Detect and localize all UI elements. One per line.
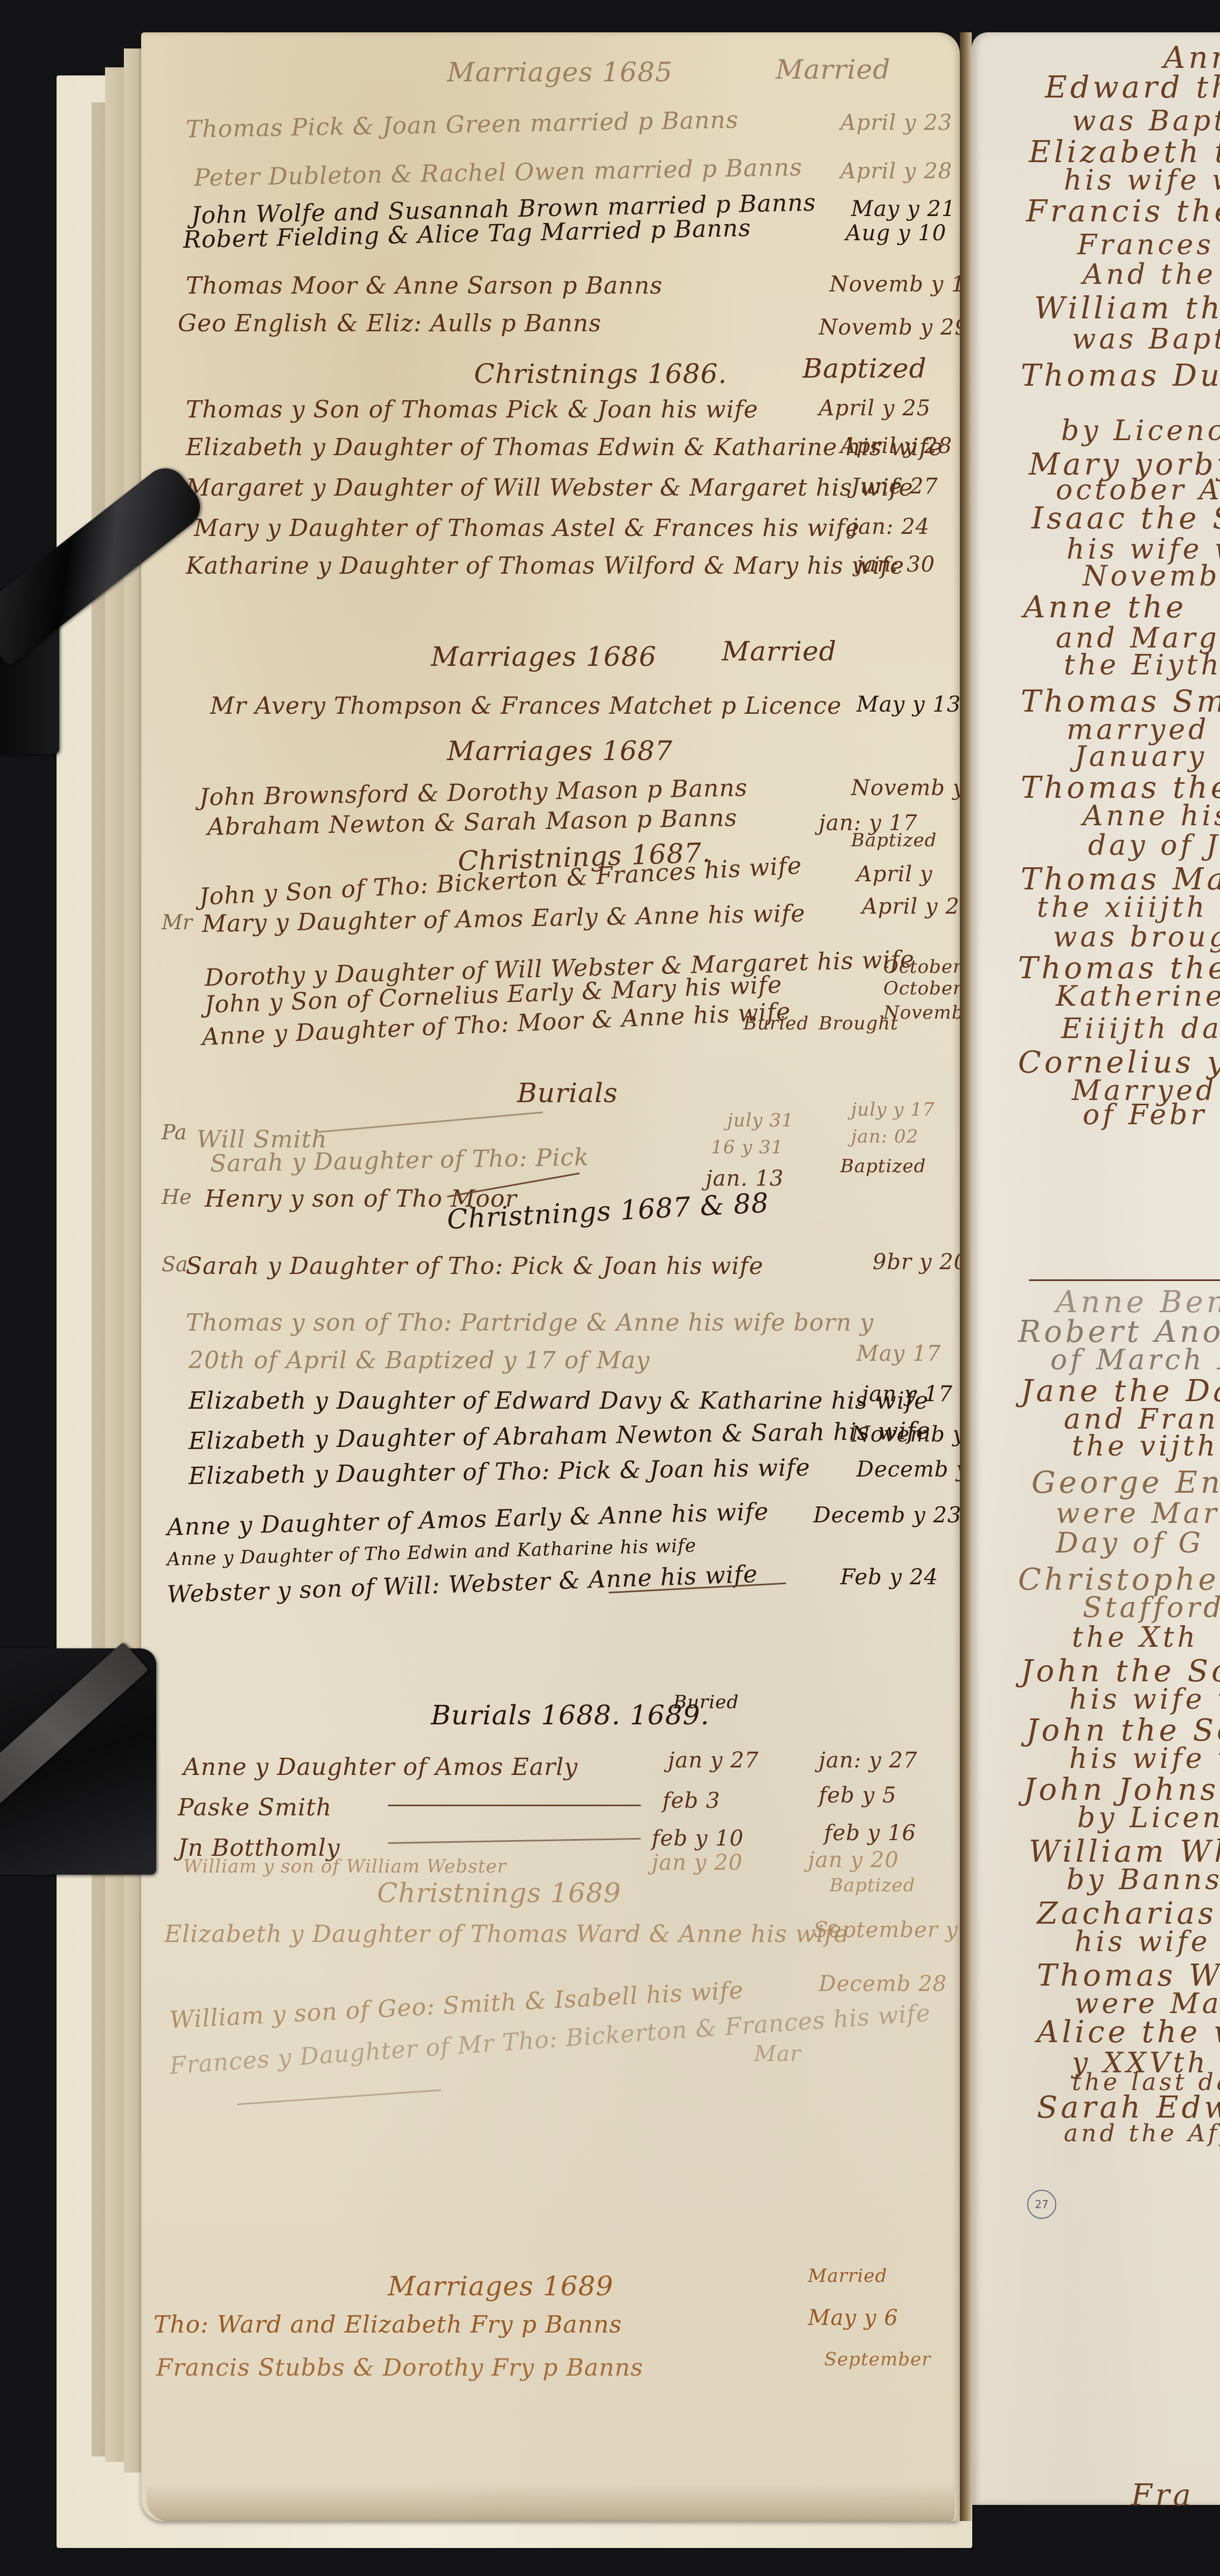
entry-date: April y 28	[840, 159, 952, 184]
folio-number-stamp: 27	[1027, 2190, 1056, 2219]
register-entry: Paske Smith	[178, 1794, 332, 1821]
right-page-line: Anne his	[1083, 800, 1220, 832]
right-page-line: Fra	[1131, 2478, 1194, 2513]
entry-date: Mar	[754, 2042, 801, 2066]
entry-date: jan y 17	[862, 1382, 953, 1407]
right-page-line: was brough	[1053, 921, 1220, 953]
entry-date: Baptized	[840, 1155, 926, 1177]
entry-date: jan: y 27	[819, 1748, 917, 1773]
register-entry: Thomas y son of Tho: Partridge & Anne hi…	[186, 1309, 874, 1336]
entry-date: May 17	[856, 1341, 941, 1366]
entry-date: May y 13	[856, 692, 961, 717]
entry-date: April y	[856, 862, 933, 887]
right-page-line: Anne the	[1023, 590, 1187, 625]
register-entry: Katharine y Daughter of Thomas Wilford &…	[186, 552, 904, 580]
register-entry: Francis Stubbs & Dorothy Fry p Banns	[156, 2354, 643, 2382]
right-page-line: day of Ja	[1088, 830, 1220, 862]
section-heading: Marriages 1685	[447, 57, 673, 88]
register-entry: Sarah y Daughter of Tho: Pick & Joan his…	[186, 1252, 764, 1280]
right-page-line: Katherine	[1056, 980, 1220, 1013]
register-entry: William y son of William Webster	[183, 1856, 506, 1877]
right-page-line: by Banns the	[1066, 1864, 1220, 1896]
margin-note: Mr	[162, 910, 192, 934]
right-page-line: his wife w	[1075, 1926, 1220, 1958]
right-page-line: George Eng	[1031, 1465, 1220, 1500]
entry-date: jan. 13	[706, 1166, 784, 1191]
section-heading: Burials	[517, 1077, 618, 1109]
section-divider	[1029, 1279, 1220, 1281]
right-page-line: of Febr	[1083, 1099, 1207, 1131]
right-page-line: Day of G	[1056, 1527, 1204, 1559]
right-page-line: the Eiyth D	[1064, 649, 1220, 681]
right-page-line: was Baptiz	[1072, 323, 1220, 356]
column-label: Brought	[819, 1013, 898, 1034]
entry-date: April y 25	[819, 396, 931, 421]
right-page-line: the xiiijth Da	[1037, 892, 1220, 924]
right-page-line: by Licence th	[1061, 415, 1220, 447]
register-entry: Thomas y Son of Thomas Pick & Joan his w…	[186, 396, 758, 423]
entry-date: June 27	[851, 474, 938, 499]
column-label: Baptized	[829, 1875, 915, 1896]
entry-date: jan: 24	[851, 514, 930, 539]
entry-date: Decemb y 23	[813, 1503, 961, 1528]
entry-date: October	[883, 956, 962, 978]
entry-date: july 31	[727, 1110, 794, 1131]
section-heading: Marriages 1689	[388, 2271, 614, 2302]
entry-date: jan y 20	[652, 1850, 743, 1875]
section-heading: Burials 1688. 1689.	[431, 1700, 709, 1731]
entry-date: feb 3	[663, 1788, 720, 1813]
book-gutter	[960, 32, 972, 2521]
right-page-line: his wife was	[1069, 1743, 1220, 1775]
section-heading: Marriages 1686	[431, 641, 657, 672]
section-heading: Christnings 1689	[377, 1877, 621, 1909]
register-entry: Thomas Moor & Anne Sarson p Banns	[186, 272, 663, 300]
right-page-line: Thomas Duck	[1021, 358, 1220, 393]
right-page-line: Alice the wife	[1037, 2015, 1220, 2050]
section-heading: Christnings 1686.	[474, 358, 727, 389]
right-page-line: was Baptiz	[1072, 105, 1220, 137]
right-page-line: and the Affid	[1064, 2120, 1220, 2147]
margin-note: He	[162, 1185, 192, 1209]
entry-date: feb y 10	[652, 1826, 744, 1851]
right-page-line: his wife was	[1064, 164, 1220, 197]
entry-date: jan: 02	[851, 1126, 918, 1147]
entry-date: Aug y 10	[846, 221, 946, 246]
entry-date: May y 6	[808, 2306, 898, 2330]
right-page-line: William the So	[1034, 291, 1220, 326]
right-page-line: the Xth	[1072, 1621, 1198, 1654]
entry-date: july y 17	[851, 1099, 935, 1120]
entry-date: 9br y 20	[873, 1250, 968, 1275]
column-label: Married	[776, 54, 890, 85]
column-label: Married	[722, 636, 836, 667]
column-label: Baptized	[803, 353, 927, 384]
right-page-line: Edward the S	[1045, 70, 1220, 105]
right-page-line: January	[1075, 741, 1207, 773]
register-entry: Elizabeth y Daughter of Thomas Edwin & K…	[186, 434, 943, 461]
entry-date: Novemb y 14	[829, 272, 980, 297]
register-entry: Geo English & Eliz: Aulls p Banns	[178, 310, 602, 337]
right-page-line: of March D	[1050, 1344, 1220, 1376]
register-entry: Margaret y Daughter of Will Webster & Ma…	[186, 474, 914, 502]
column-label: Married	[808, 2265, 887, 2287]
entry-date: jan y 20	[808, 1848, 899, 1872]
entry-date: April y 28	[840, 434, 952, 458]
right-page-line: November	[1083, 560, 1220, 593]
right-page-line: And the	[1083, 259, 1216, 291]
margin-note: Pa	[162, 1120, 187, 1144]
right-page-line: Eiiijth day	[1061, 1013, 1220, 1045]
register-entry: Anne y Daughter of Amos Early	[183, 1753, 578, 1781]
entry-date: feb y 16	[824, 1821, 916, 1846]
entry-date: jan: 30	[856, 552, 935, 577]
right-page-line: Frances his	[1077, 229, 1220, 261]
entry-date: September	[824, 2349, 931, 2370]
right-page-line: Francis the	[1026, 194, 1220, 229]
right-page-line: by Licence	[1077, 1802, 1220, 1834]
register-entry: Elizabeth y Daughter of Thomas Ward & An…	[164, 1920, 848, 1948]
right-page-line: his wife was	[1069, 1683, 1220, 1716]
entry-date: feb y 5	[819, 1783, 897, 1808]
right-page-line: Stafford	[1083, 1592, 1220, 1624]
entry-date: jan y 27	[668, 1748, 759, 1773]
right-page-line: were Mar	[1056, 1498, 1220, 1530]
register-entry: Tho: Ward and Elizabeth Fry p Banns	[154, 2311, 622, 2338]
entry-date: 16 y 31	[711, 1137, 783, 1158]
entry-date: Decemb 28	[819, 1972, 947, 1996]
right-page-line: Isaac the Sonn	[1031, 501, 1220, 536]
entry-date: May y 21	[851, 197, 956, 221]
register-entry: Mr Avery Thompson & Frances Matchet p Li…	[210, 692, 842, 720]
entry-date: April y 23	[840, 110, 952, 135]
margin-note: Sa	[162, 1252, 188, 1276]
entry-date: April y 24	[862, 894, 974, 919]
entry-date: Feb y 24	[840, 1565, 938, 1590]
column-label: Buried	[743, 1013, 809, 1034]
column-label: Baptized	[851, 830, 937, 851]
column-label: Buried	[673, 1691, 739, 1713]
entry-date: Novemb y 29	[819, 315, 969, 340]
register-entry: Mary y Daughter of Thomas Astel & France…	[194, 514, 860, 542]
right-page-line: the vijth	[1072, 1430, 1218, 1463]
register-entry: Elizabeth y Daughter of Edward Davy & Ka…	[189, 1387, 929, 1415]
register-entry: 20th of April & Baptized y 17 of May	[189, 1347, 650, 1374]
section-heading: Marriages 1687	[447, 735, 673, 767]
